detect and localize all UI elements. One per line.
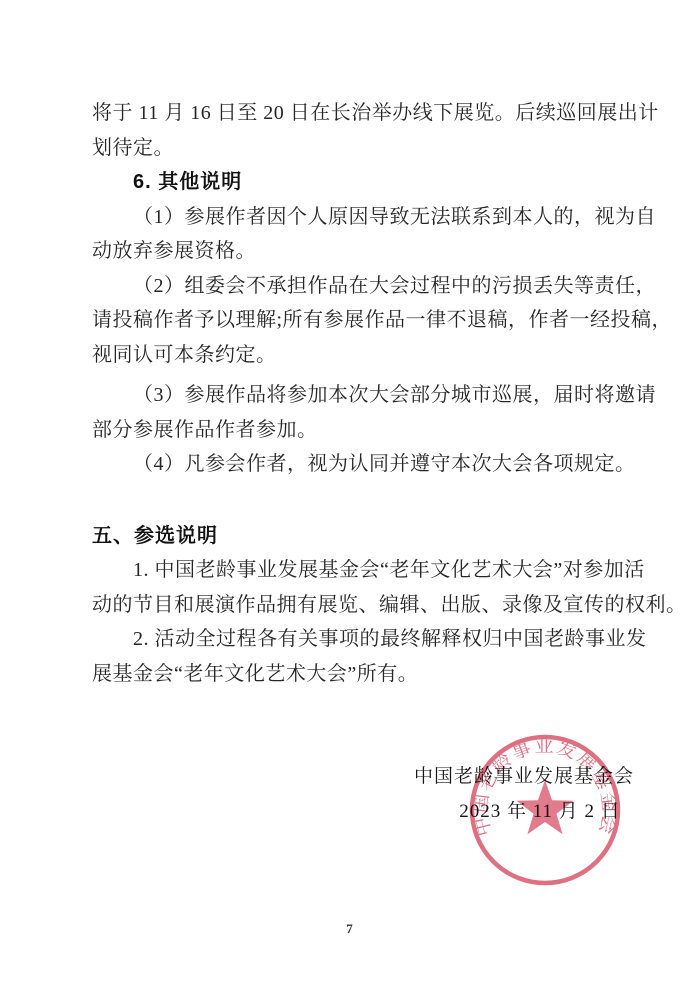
text-line: （2）组委会不承担作品在大会过程中的污损丢失等责任， (92, 269, 684, 304)
signature-date: 2023 年 11 月 2 日 (436, 794, 644, 829)
text-line: 五、参选说明 (92, 519, 684, 554)
text-line: 视同认可本条约定。 (92, 338, 684, 373)
section-heading: 五、参选说明 (92, 519, 684, 554)
text-line: （1）参展作者因个人原因导致无法联系到本人的，视为自 (92, 200, 684, 235)
document-content: 将于 11 月 16 日至 20 日在长治举办线下展览。后续巡回展出计划待定。6… (92, 96, 684, 691)
paragraph: （2）组委会不承担作品在大会过程中的污损丢失等责任，请投稿作者予以理解;所有参展… (92, 269, 684, 373)
paragraph: 1. 中国老龄事业发展基金会“老年文化艺术大会”对参加活动的节目和展演作品拥有展… (92, 553, 684, 622)
text-line: （4）凡参会作者，视为认同并遵守本次大会各项规定。 (92, 447, 684, 482)
text-line: 展基金会“老年文化艺术大会”所有。 (92, 657, 684, 692)
text-line: 划待定。 (92, 131, 684, 166)
page-number: 7 (0, 921, 700, 937)
text-line: 动的节目和展演作品拥有展览、编辑、出版、录像及宣传的权利。 (92, 588, 684, 623)
paragraph: （1）参展作者因个人原因导致无法联系到本人的，视为自动放弃参展资格。 (92, 200, 684, 269)
text-line: 1. 中国老龄事业发展基金会“老年文化艺术大会”对参加活 (92, 553, 684, 588)
text-line: 部分参展作品作者参加。 (92, 413, 684, 448)
text-line: 请投稿作者予以理解;所有参展作品一律不退稿，作者一经投稿， (92, 303, 684, 338)
signature-org: 中国老龄事业发展基金会 (404, 759, 644, 794)
text-line: 2. 活动全过程各有关事项的最终解释权归中国老龄事业发 (92, 622, 684, 657)
text-line: 将于 11 月 16 日至 20 日在长治举办线下展览。后续巡回展出计 (92, 96, 684, 131)
text-line: 6. 其他说明 (92, 165, 684, 200)
signature-block: 中国老龄事业发展基金会 2023 年 11 月 2 日 (404, 759, 644, 829)
text-line: （3）参展作品将参加本次大会部分城市巡展，届时将邀请 (92, 378, 684, 413)
paragraph: （3）参展作品将参加本次大会部分城市巡展，届时将邀请部分参展作品作者参加。 (92, 378, 684, 447)
paragraph: （4）凡参会作者，视为认同并遵守本次大会各项规定。 (92, 447, 684, 482)
section-heading: 6. 其他说明 (92, 165, 684, 200)
paragraph: 2. 活动全过程各有关事项的最终解释权归中国老龄事业发展基金会“老年文化艺术大会… (92, 622, 684, 691)
text-line: 动放弃参展资格。 (92, 234, 684, 269)
paragraph: 将于 11 月 16 日至 20 日在长治举办线下展览。后续巡回展出计划待定。 (92, 96, 684, 165)
document-page: 将于 11 月 16 日至 20 日在长治举办线下展览。后续巡回展出计划待定。6… (0, 0, 700, 991)
